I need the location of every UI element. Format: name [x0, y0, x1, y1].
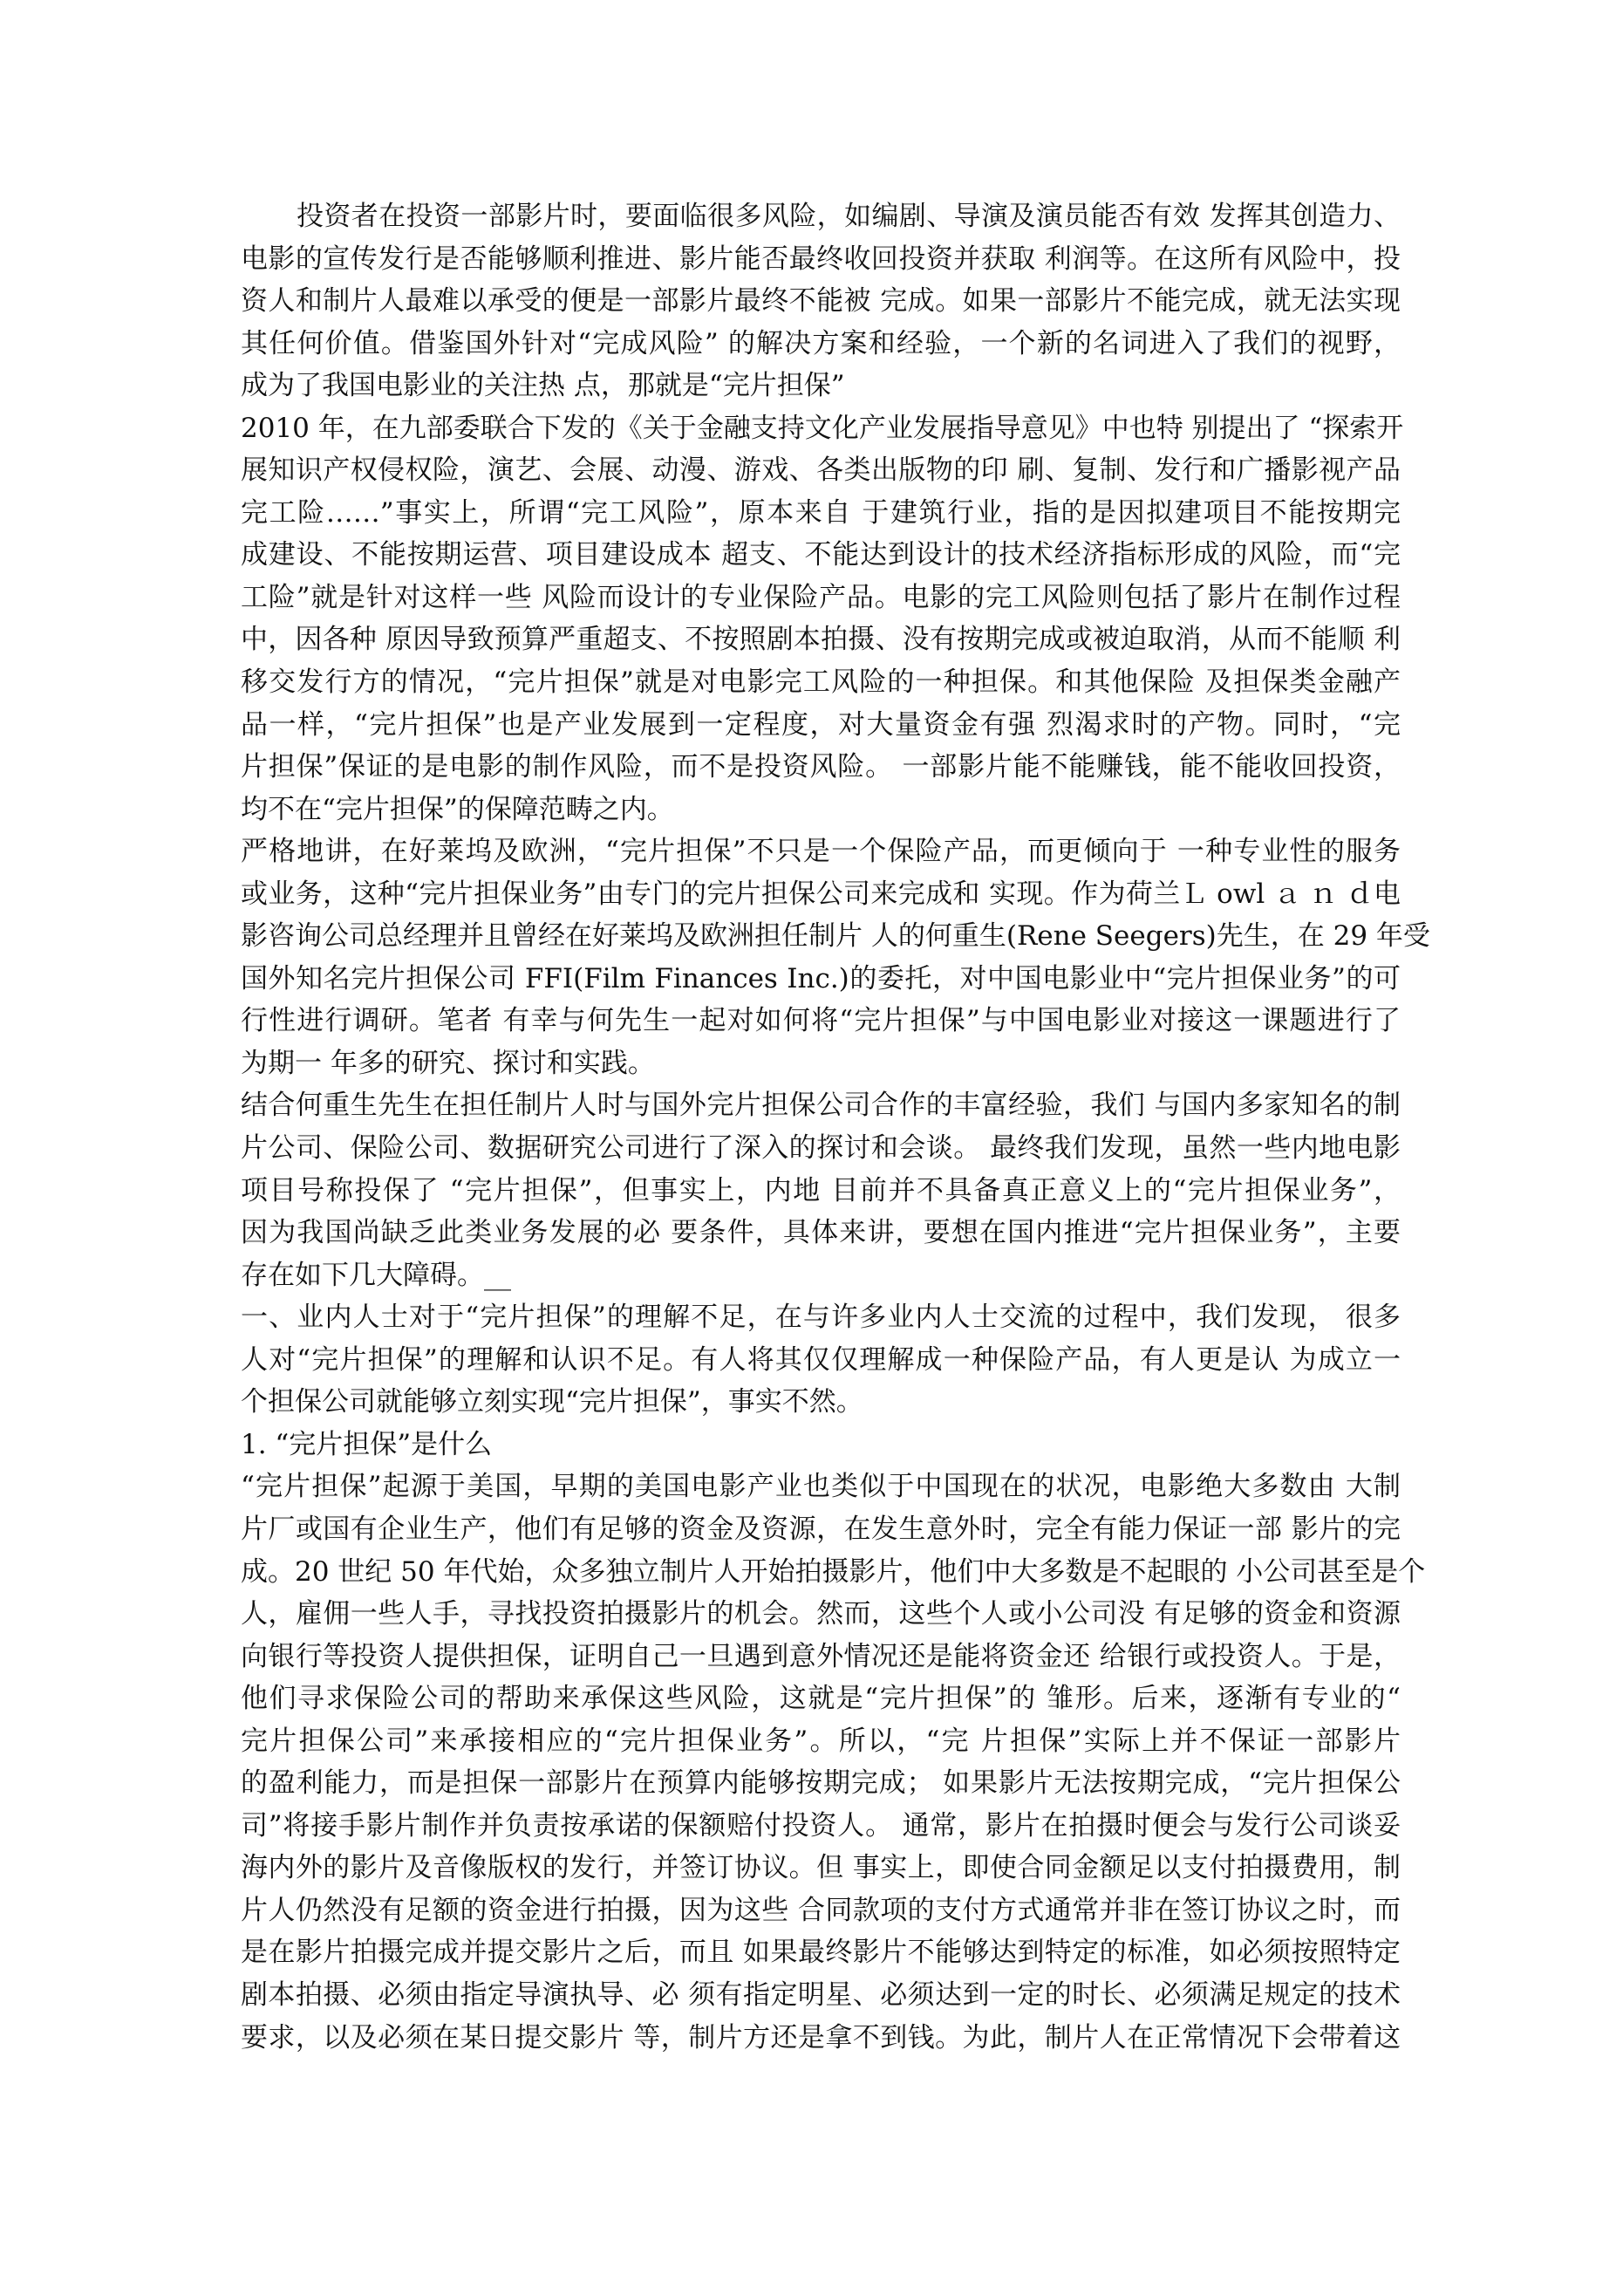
text-line: 人对“完片担保”的理解和认识不足。有人将其仅仅理解成一种保险产品，有人更是认 为…	[241, 1339, 1401, 1382]
text-line: 行性进行调研。笔者 有幸与何先生一起对如何将“完片担保”与中国电影业对接这一课题…	[241, 1000, 1401, 1042]
text-line: 片厂或国有企业生产，他们有足够的资金及资源，在发生意外时，完全有能力保证一部 影…	[241, 1508, 1401, 1551]
text-line: 资人和制片人最难以承受的便是一部影片最终不能被 完成。如果一部影片不能完成，就无…	[241, 280, 1401, 323]
text-line: 投资者在投资一部影片时，要面临很多风险，如编剧、导演及演员能否有效 发挥其创造力…	[241, 195, 1401, 238]
text-line: 2010 年，在九部委联合下发的《关于金融支持文化产业发展指导意见》中也特 别提…	[241, 407, 1401, 450]
text-line: 因为我国尚缺乏此类业务发展的必 要条件，具体来讲，要想在国内推进“完片担保业务”…	[241, 1212, 1401, 1254]
text-line: 他们寻求保险公司的帮助来承保这些风险，这就是“完片担保”的 雏形。后来，逐渐有专…	[241, 1678, 1401, 1720]
text-line: 片人仍然没有足额的资金进行拍摄，因为这些 合同款项的支付方式通常并非在签订协议之…	[241, 1889, 1401, 1932]
text-line: 品一样，“完片担保”也是产业发展到一定程度，对大量资金有强 烈渴求时的产物。同时…	[241, 704, 1401, 747]
text-line: 向银行等投资人提供担保，证明自己一旦遇到意外情况还是能将资金还 给银行或投资人。…	[241, 1636, 1401, 1678]
text-line: 剧本拍摄、必须由指定导演执导、必 须有指定明星、必须达到一定的时长、必须满足规定…	[241, 1974, 1401, 2017]
text-line: 片公司、保险公司、数据研究公司进行了深入的探讨和会谈。 最终我们发现，虽然一些内…	[241, 1127, 1401, 1170]
heading-text: 1. “完片担保”是什么	[241, 1424, 1401, 1466]
text-line: 工险”就是针对这样一些 风险而设计的专业保险产品。电影的完工风险则包括了影片在制…	[241, 577, 1401, 619]
text-line: 中，因各种 原因导致预算严重超支、不按照剧本拍摄、没有按期完成或被迫取消，从而不…	[241, 618, 1401, 661]
text-line: 的盈利能力，而是担保一部影片在预算内能够按期完成； 如果影片无法按期完成，“完片…	[241, 1762, 1401, 1805]
text-line: 或业务，这种“完片担保业务”由专门的完片担保公司来完成和 实现。作为荷兰Ｌ ow…	[241, 873, 1401, 916]
text-line: 电影的宣传发行是否能够顺利推进、影片能否最终收回投资并获取 利润等。在这所有风险…	[241, 238, 1401, 281]
text-line: 其任何价值。借鉴国外针对“完成风险” 的解决方案和经验，一个新的名词进入了我们的…	[241, 323, 1401, 366]
text-line: 司”将接手影片制作并负责按承诺的保额赔付投资人。 通常，影片在拍摄时便会与发行公…	[241, 1805, 1401, 1848]
text-line: 成建设、不能按期运营、项目建设成本 超支、不能达到设计的技术经济指标形成的风险，…	[241, 534, 1401, 577]
text-line: 海内外的影片及音像版权的发行，并签订协议。但 事实上，即使合同金额足以支付拍摄费…	[241, 1847, 1401, 1889]
section-heading: 1. “完片担保”是什么	[241, 1424, 1401, 1466]
text-line: “完片担保”起源于美国，早期的美国电影产业也类似于中国现在的状况，电影绝大多数由…	[241, 1466, 1401, 1508]
text-line: 结合何重生先生在担任制片人时与国外完片担保公司合作的丰富经验，我们 与国内多家知…	[241, 1084, 1401, 1127]
text-line: 影咨询公司总经理并且曾经在好莱坞及欧洲担任制片 人的何重生(Rene Seege…	[241, 915, 1401, 958]
paragraph-intro: 投资者在投资一部影片时，要面临很多风险，如编剧、导演及演员能否有效 发挥其创造力…	[241, 195, 1401, 407]
paragraph-origin: “完片担保”起源于美国，早期的美国电影产业也类似于中国现在的状况，电影绝大多数由…	[241, 1466, 1401, 2059]
text-line: 完工险……”事实上，所谓“完工风险”，原本来自 于建筑行业，指的是因拟建项目不能…	[241, 492, 1401, 535]
text-line: 移交发行方的情况，“完片担保”就是对电影完工风险的一种担保。和其他保险 及担保类…	[241, 661, 1401, 704]
text-line: 完片担保公司”来承接相应的“完片担保业务”。所以，“完 片担保”实际上并不保证一…	[241, 1720, 1401, 1763]
text-line: 均不在“完片担保”的保障范畴之内。	[241, 789, 1401, 831]
text-line: 展知识产权侵权险，演艺、会展、动漫、游戏、各类出版物的印 刷、复制、发行和广播影…	[241, 449, 1401, 492]
text-line: 一、业内人士对于“完片担保”的理解不足，在与许多业内人士交流的过程中，我们发现，…	[241, 1296, 1401, 1339]
paragraph-policy-2010: 2010 年，在九部委联合下发的《关于金融支持文化产业发展指导意见》中也特 别提…	[241, 407, 1401, 830]
paragraph-hollywood-europe: 严格地讲，在好莱坞及欧洲，“完片担保”不只是一个保险产品，而更倾向于 一种专业性…	[241, 830, 1401, 1084]
text-line: 严格地讲，在好莱坞及欧洲，“完片担保”不只是一个保险产品，而更倾向于 一种专业性…	[241, 830, 1401, 873]
text-line: 个担保公司就能够立刻实现“完片担保”，事实不然。	[241, 1381, 1401, 1424]
text-line: 是在影片拍摄完成并提交影片之后，而且 如果最终影片不能够达到特定的标准，如必须按…	[241, 1931, 1401, 1974]
text-line: 成。20 世纪 50 年代始，众多独立制片人开始拍摄影片，他们中大多数是不起眼的…	[241, 1551, 1401, 1594]
text-line: 存在如下几大障碍。__	[241, 1254, 1401, 1297]
document-page: 投资者在投资一部影片时，要面临很多风险，如编剧、导演及演员能否有效 发挥其创造力…	[241, 195, 1401, 2059]
text-line: 要求，以及必须在某日提交影片 等，制片方还是拿不到钱。为此，制片人在正常情况下会…	[241, 2017, 1401, 2060]
text-line: 国外知名完片担保公司 FFI(Film Finances Inc.)的委托，对中…	[241, 958, 1401, 1001]
text-line: 片担保”保证的是电影的制作风险，而不是投资风险。 一部影片能不能赚钱，能不能收回…	[241, 746, 1401, 789]
text-line: 成为了我国电影业的关注热 点，那就是“完片担保”	[241, 365, 1401, 407]
paragraph-findings: 结合何重生先生在担任制片人时与国外完片担保公司合作的丰富经验，我们 与国内多家知…	[241, 1084, 1401, 1296]
text-line: 人，雇佣一些人手，寻找投资拍摄影片的机会。然而，这些个人或小公司没 有足够的资金…	[241, 1593, 1401, 1636]
paragraph-obstacle-1: 一、业内人士对于“完片担保”的理解不足，在与许多业内人士交流的过程中，我们发现，…	[241, 1296, 1401, 1424]
text-line: 项目号称投保了 “完片担保”，但事实上，内地 目前并不具备真正意义上的“完片担保…	[241, 1170, 1401, 1213]
text-line: 为期一 年多的研究、探讨和实践。	[241, 1042, 1401, 1085]
